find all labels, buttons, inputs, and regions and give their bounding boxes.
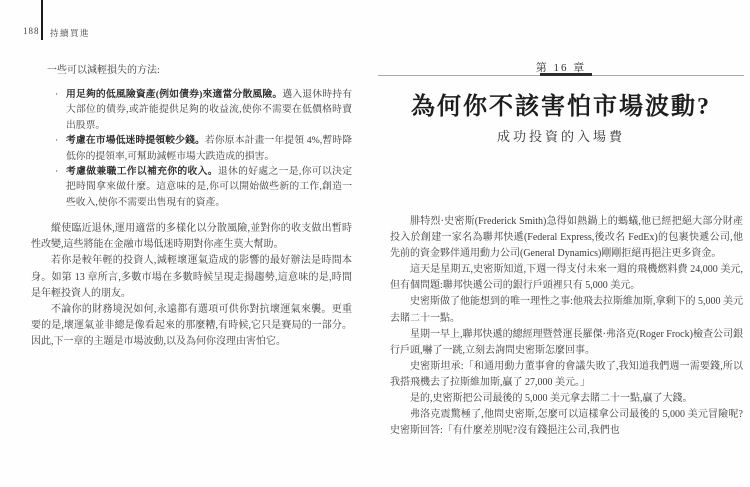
chapter-subtitle: 成功投資的入場費	[378, 126, 744, 145]
running-title: 持續買進	[50, 27, 90, 39]
body-paragraph: 史密斯坦承:「和通用動力董事會的會議失敗了,我知道我們週一需要錢,所以我搭飛機去…	[390, 359, 743, 391]
body-paragraph: 星期一早上,聯邦快遞的總經理暨營運長羅傑·弗洛克(Roger Frock)檢查公…	[390, 327, 743, 359]
body-paragraph: 這天是星期五,史密斯知道,下週一得支付未來一週的飛機燃料費 24,000 美元,…	[390, 262, 743, 294]
chapter-title: 為何你不該害怕市場波動?	[378, 86, 744, 121]
body-paragraph: 史密斯做了他能想到的唯一理性之事:他飛去拉斯維加斯,拿剩下的 5,000 美元去…	[390, 294, 743, 326]
page-number: 188	[23, 26, 40, 36]
body-paragraph: 弗洛克震驚極了,他問史密斯,怎麼可以這樣拿公司最後的 5,000 美元冒險呢?史…	[390, 407, 743, 439]
bullet-lead: 用足夠的低風險資產(例如債券)來適當分散風險。	[66, 89, 282, 100]
loss-mitigation-list: ·用足夠的低風險資產(例如債券)來適當分散風險。邁入退休時持有大部位的債券,或許…	[55, 87, 352, 210]
bullet-lead: 考慮做兼職工作以補充你的收入。	[66, 166, 218, 177]
intro-sentence: 一些可以減輕損失的方法:	[31, 63, 352, 79]
book-spread: 188 持續買進 一些可以減輕損失的方法: ·用足夠的低風險資產(例如債券)來適…	[0, 0, 750, 487]
body-paragraph: 若你是較年輕的投資人,減輕壞運氣造成的影響的最好辦法是時間本身。如第 13 章所…	[31, 253, 352, 302]
body-paragraph: 縱使臨近退休,運用適當的多樣化以分散風險,並對你的收支做出暫時性改變,這些將能在…	[31, 221, 352, 253]
chapter-label-underline	[540, 73, 592, 76]
list-item: ·考慮在市場低迷時提領較少錢。若你原本計畫一年提領 4%,暫時降低你的提領率,可…	[55, 133, 352, 164]
bullet-icon: ·	[55, 164, 58, 179]
bullet-lead: 考慮在市場低迷時提領較少錢。	[66, 135, 205, 146]
header-divider-line	[41, 0, 43, 40]
bullet-icon: ·	[55, 87, 58, 102]
body-paragraph: 不論你的財務境況如何,永遠都有選項可供你對抗壞運氣來襲。更重要的是,壞運氣並非總…	[31, 302, 352, 351]
list-item: ·用足夠的低風險資產(例如債券)來適當分散風險。邁入退休時持有大部位的債券,或許…	[55, 87, 352, 133]
list-item: ·考慮做兼職工作以補充你的收入。退休的好處之一是,你可以決定把時間拿來做什麼。這…	[55, 164, 352, 210]
bullet-icon: ·	[55, 133, 58, 148]
right-page-body: 腓特烈·史密斯(Frederick Smith)急得如熱鍋上的螞蟻,他已經把絕大…	[390, 214, 743, 439]
body-paragraph: 腓特烈·史密斯(Frederick Smith)急得如熱鍋上的螞蟻,他已經把絕大…	[390, 214, 743, 262]
left-page-body: 縱使臨近退休,運用適當的多樣化以分散風險,並對你的收支做出暫時性改變,這些將能在…	[31, 221, 352, 351]
body-paragraph: 是的,史密斯把公司最後的 5,000 美元拿去賭二十一點,贏了大錢。	[390, 391, 743, 407]
